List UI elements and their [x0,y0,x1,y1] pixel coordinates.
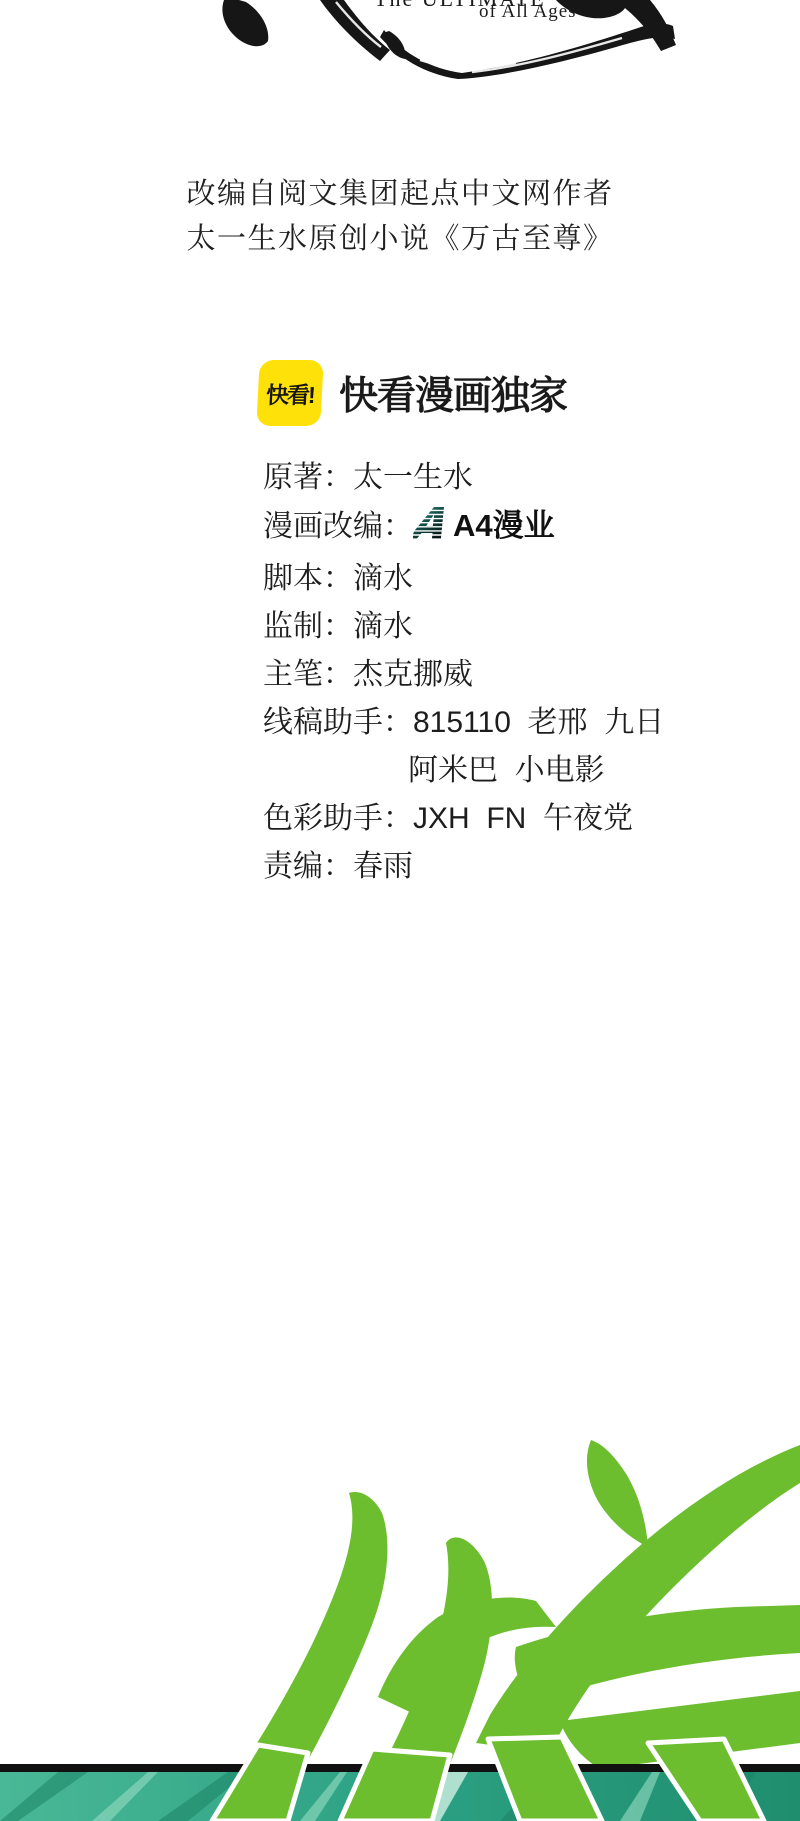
platform-exclusive-label: 快看漫画独家 [339,365,567,421]
credit-row-original-author: 原著：太一生水 [263,454,664,502]
credit-row-script: 脚本：滴水 [263,555,664,603]
credit-value: 滴水 [353,562,413,595]
credit-label: 漫画改编： [263,510,413,543]
credit-label: 线稿助手： [263,706,413,739]
comic-credits-page: The ULTIMATE of All Ages 改编自阅文集团起点中文网作者 … [0,0,800,1821]
credit-value: A4漫业 [453,508,555,543]
adaptation-intro: 改编自阅文集团起点中文网作者 太一生水原创小说《万古至尊》 [0,172,800,262]
credit-value: 阿米巴 小电影 [408,754,605,787]
platform-row: 快看! 快看漫画独家 [258,360,567,426]
credit-value: 滴水 [353,610,413,643]
green-calligraphy [0,1421,800,1821]
credit-label: 监制： [263,610,353,643]
credit-label: 脚本： [263,562,353,595]
intro-line-2: 太一生水原创小说《万古至尊》 [0,217,800,262]
credit-label: 色彩助手： [263,802,413,835]
intro-line-1: 改编自阅文集团起点中文网作者 [0,172,800,217]
a4-comics-logo [413,507,449,555]
bottom-green-artwork [0,1421,800,1821]
credit-row-supervisor: 监制：滴水 [263,603,664,651]
credit-value: 太一生水 [353,461,473,494]
top-ink-artwork: The ULTIMATE of All Ages [0,0,800,170]
credit-row-lead-artist: 主笔：杰克挪威 [263,651,664,699]
english-subtitle-line2: of All Ages [479,1,577,23]
credit-label: 主笔： [263,658,353,691]
credit-value: 杰克挪威 [353,658,473,691]
credit-value: 815110 老邢 九日 [413,706,664,739]
ink-brush-strokes [0,0,800,170]
credits-list: 原著：太一生水 漫画改编： [263,454,664,891]
credit-value: 春雨 [353,850,413,883]
credit-label: 责编： [263,850,353,883]
kuaikan-app-icon: 快看! [256,360,323,426]
credit-row-editor: 责编：春雨 [263,843,664,891]
credit-row-line-assistants: 线稿助手：815110 老邢 九日 [263,699,664,747]
credit-label: 原著： [263,461,353,494]
credit-row-comic-adaptation: 漫画改编： [263,502,664,555]
credit-row-line-assistants-2: 阿米巴 小电影 [263,747,664,795]
credit-row-color-assistants: 色彩助手：JXH FN 午夜党 [263,795,664,843]
credit-value: JXH FN 午夜党 [413,802,633,835]
